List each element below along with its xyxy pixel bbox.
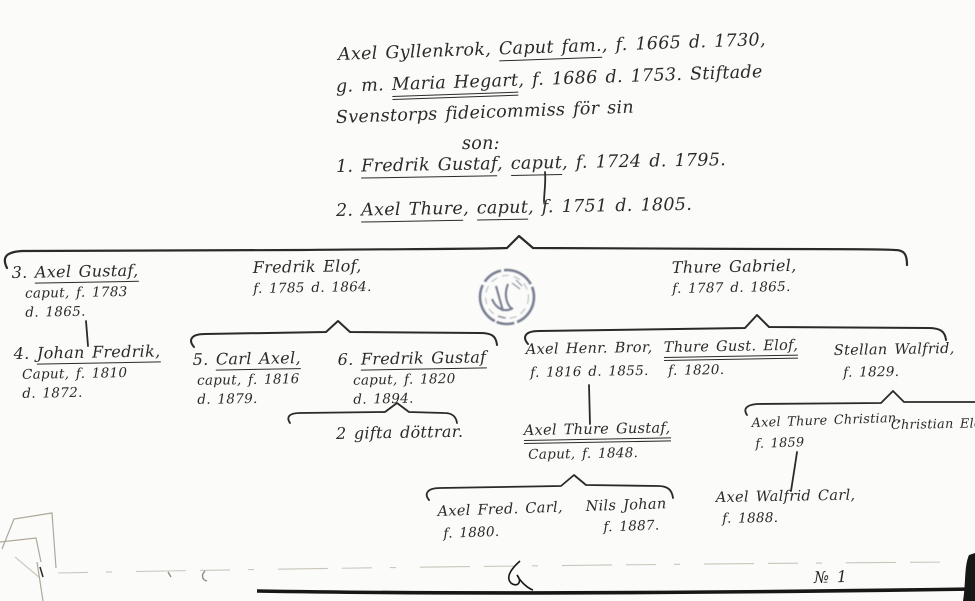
node-christian-elof: Christian Elo	[891, 416, 975, 434]
underlined-name: Axel Thure Gustaf,	[524, 420, 671, 444]
node-birth: f. 1888.	[716, 508, 856, 528]
node-death: d. 1865.	[12, 303, 139, 323]
text-segment: Axel Gyllenkrok,	[338, 39, 500, 65]
connector-axel-henr-bror-axel-thure-gustaf	[589, 385, 590, 424]
node-axel-thure-christian: Axel Thure Christian, f. 1859	[751, 411, 901, 453]
node-axel-thure-gustaf: Axel Thure Gustaf, Caput, f. 1848.	[524, 419, 671, 464]
node-thure-gust-elof: Thure Gust. Elof, f. 1820.	[664, 337, 799, 381]
node-stellan-walfrid: Stellan Walfrid, f. 1829.	[834, 340, 955, 382]
faint-margin-marks	[168, 571, 207, 581]
node-death: d. 1872.	[14, 384, 161, 404]
underlined-name: Fredrik Gustaf	[361, 347, 487, 370]
node-caput-birth: Caput, f. 1810	[14, 364, 161, 384]
underlined-caput: caput	[511, 153, 563, 176]
node-fredrik-gustaf: 6. Fredrik Gustaf caput, f. 1820 d. 1894…	[337, 347, 487, 409]
node-axel-gustaf: 3. Axel Gustaf, caput, f. 1783 d. 1865.	[11, 261, 139, 323]
node-birth: f. 1887.	[586, 517, 667, 537]
brace-fredrik-elof-children	[191, 321, 497, 347]
node-birth: f. 1829.	[834, 363, 955, 383]
node-name: Axel Thure Gustaf,	[524, 419, 671, 440]
page-number-mark: № 1	[814, 567, 848, 589]
underlined-caput: caput	[477, 198, 529, 221]
scanned-genealogy-page: Axel Gyllenkrok, Caput fam., f. 1665 d. …	[0, 0, 975, 601]
node-dates: f. 1787 d. 1865.	[672, 279, 797, 299]
node-caput-birth: Caput, f. 1848.	[524, 444, 671, 464]
text-segment: 1.	[336, 157, 362, 177]
node-name: 4. Johan Fredrik,	[13, 341, 160, 364]
node-axel-walfrid-carl: Axel Walfrid Carl, f. 1888.	[716, 487, 856, 529]
node-name: Thure Gabriel,	[672, 256, 797, 279]
node-caput-birth: caput, f. 1816	[193, 371, 301, 390]
text-segment: ,	[463, 199, 477, 219]
node-nils-johan: Nils Johan f. 1887.	[585, 495, 667, 537]
connector-axel-thure-christian-axel-walfrid-carl	[791, 452, 797, 491]
node-name: Axel Henr. Bror,	[526, 339, 653, 360]
pencil-sheet-corner	[0, 513, 56, 601]
underlined-name: Thure Gust. Elof,	[664, 338, 799, 361]
node-death: d. 1894.	[338, 390, 487, 410]
node-dates: f. 1816 d. 1855.	[526, 363, 653, 383]
node-johan-fredrik: 4. Johan Fredrik, Caput, f. 1810 d. 1872…	[13, 341, 161, 403]
node-axel-fred-carl: Axel Fred. Carl, f. 1880.	[437, 499, 564, 544]
node-name: Axel Walfrid Carl,	[716, 487, 856, 508]
node-name: 3. Axel Gustaf,	[11, 261, 138, 284]
node-dates: f. 1785 d. 1864.	[253, 279, 372, 299]
node-number: 5.	[192, 350, 216, 369]
node-caput-birth: caput, f. 1820	[338, 370, 487, 390]
text-segment: , f. 1724 d. 1795.	[562, 150, 726, 173]
node-name: Fredrik Elof,	[253, 256, 372, 279]
node-gifta-dottrar: 2 gifta döttrar.	[336, 422, 464, 445]
corner-ink-tick	[40, 567, 43, 577]
underlined-caput-fam: Caput fam.	[499, 36, 603, 62]
text-segment: g. m.	[336, 75, 393, 97]
underlined-name: Axel Gustaf,	[35, 261, 139, 284]
underlined-name: Johan Fredrik,	[37, 341, 161, 364]
node-fredrik-elof: Fredrik Elof, f. 1785 d. 1864.	[253, 256, 372, 298]
underlined-fredrik-gustaf: Fredrik Gustaf	[361, 154, 497, 178]
bottom-edge-line	[257, 589, 974, 593]
node-name: Axel Fred. Carl,	[437, 499, 563, 522]
node-birth: f. 1820.	[664, 360, 799, 380]
underlined-axel-thure: Axel Thure	[361, 199, 463, 223]
node-carl-axel: 5. Carl Axel, caput, f. 1816 d. 1879.	[192, 348, 301, 410]
node-name: Stellan Walfrid,	[834, 340, 955, 361]
node-number: 6.	[337, 350, 361, 369]
round-ink-stamp	[480, 270, 534, 324]
underlined-maria-hegart: Maria Hegart	[391, 71, 518, 100]
node-name: Thure Gust. Elof,	[664, 337, 799, 358]
node-thure-gabriel: Thure Gabriel, f. 1787 d. 1865.	[672, 256, 797, 299]
node-number: 4.	[13, 344, 37, 363]
node-name: 5. Carl Axel,	[192, 348, 301, 371]
node-name: Nils Johan	[585, 495, 666, 517]
text-segment: , f. 1751 d. 1805.	[528, 195, 692, 218]
text-segment: , f. 1665 d. 1730,	[601, 30, 766, 56]
node-number: 3.	[11, 263, 35, 282]
node-name: 6. Fredrik Gustaf	[337, 347, 486, 370]
underlined-name: Carl Axel,	[216, 348, 301, 370]
text-segment: ,	[497, 154, 511, 174]
node-death: d. 1879.	[193, 390, 301, 409]
text-segment: 2.	[336, 201, 362, 221]
node-caput-birth: caput, f. 1783	[12, 284, 139, 304]
node-axel-henr-bror: Axel Henr. Bror, f. 1816 d. 1855.	[526, 339, 653, 383]
ink-squiggle-mark	[509, 561, 533, 590]
right-edge-dark-mark	[963, 553, 975, 601]
